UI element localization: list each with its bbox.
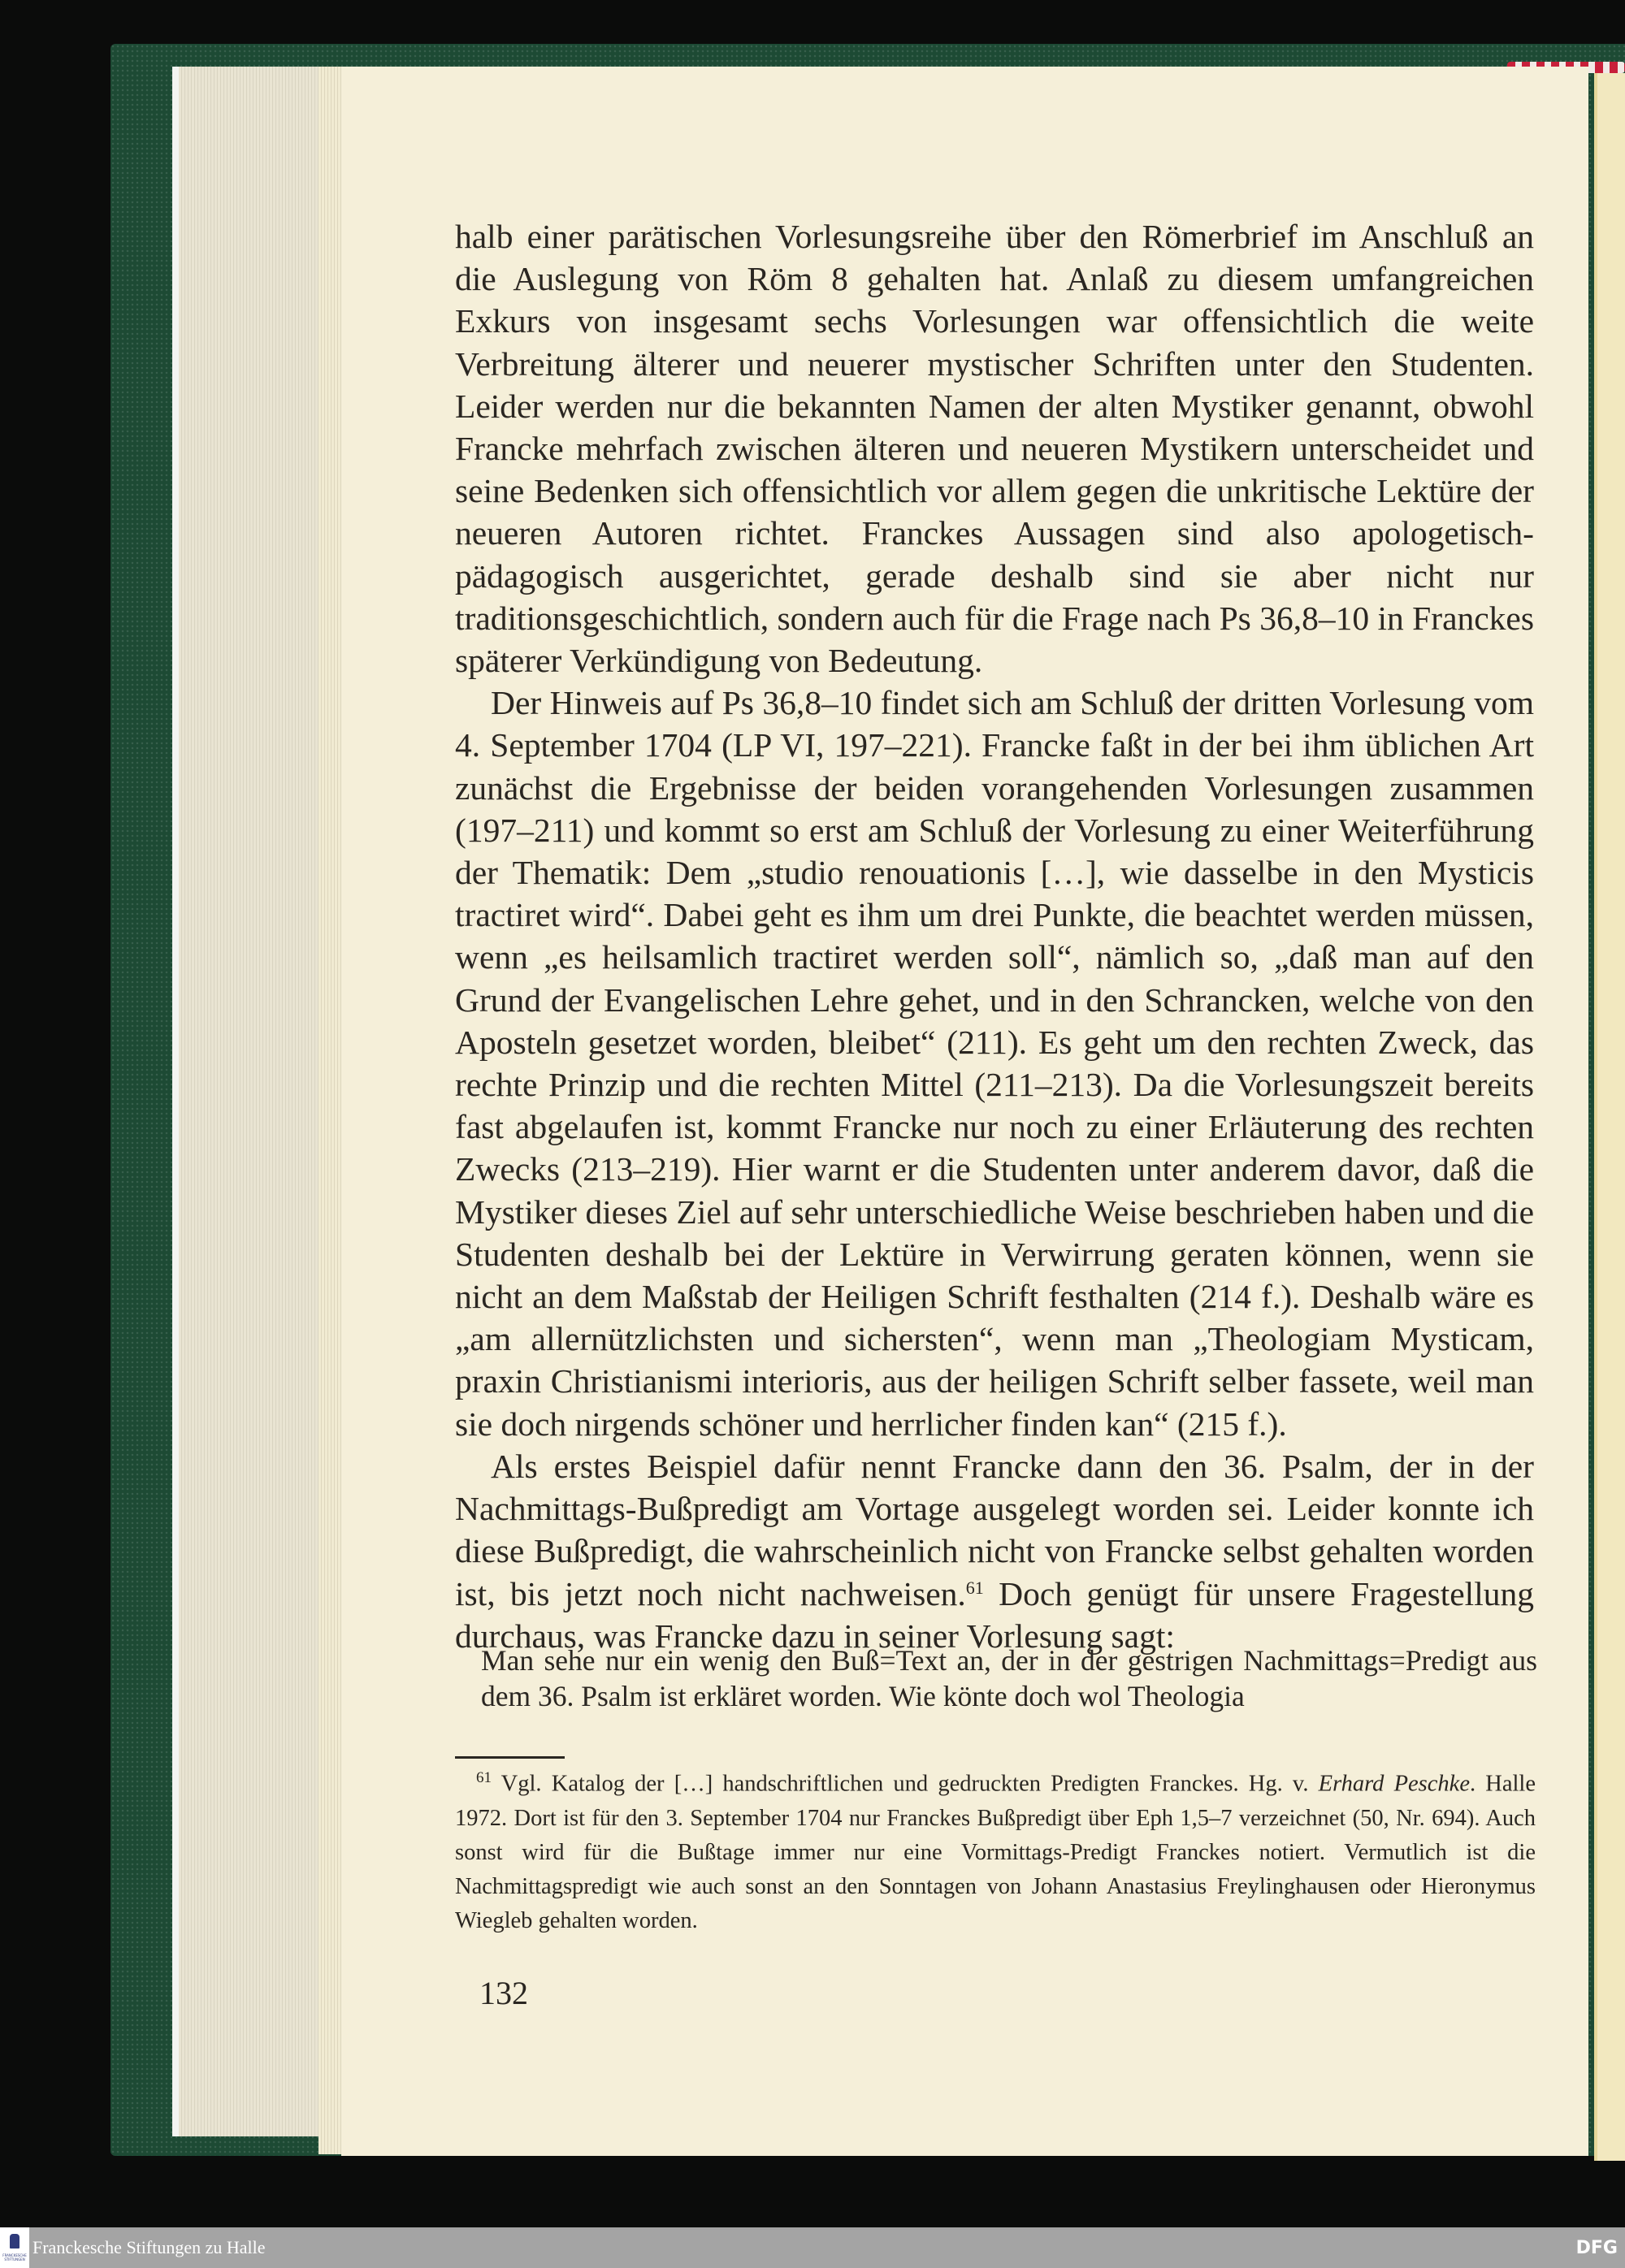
page-stack-edge — [172, 67, 325, 2136]
body-text: halb einer parätischen Vorlesungsreihe ü… — [455, 215, 1534, 1657]
facing-page-edge — [1594, 73, 1625, 2161]
footnote-reference[interactable]: 61 — [966, 1578, 984, 1598]
footnote-text-a: Vgl. Katalog der […] handschriftlichen u… — [492, 1772, 1319, 1797]
block-quote: Man sehe nur ein wenig den Buß=Text an, … — [481, 1643, 1537, 1714]
dfg-logo[interactable]: DFG — [1576, 2238, 1618, 2258]
institution-name: Franckesche Stiftungen zu Halle — [32, 2237, 266, 2258]
footer-bar: FRANCKESCHE STIFTUNGEN Franckesche Stift… — [0, 2227, 1625, 2268]
paragraph-1: halb einer parätischen Vorlesungsreihe ü… — [455, 215, 1534, 682]
institution-logo-caption: FRANCKESCHE STIFTUNGEN — [1, 2253, 28, 2262]
page-stack-inner-edge — [318, 67, 341, 2154]
footnote-editor: Erhard Peschke — [1319, 1772, 1470, 1797]
footnote-number: 61 — [476, 1769, 492, 1786]
paragraph-3: Als erstes Beispiel dafür nennt Francke … — [455, 1445, 1534, 1657]
footnote: 61 Vgl. Katalog der […] handschriftliche… — [455, 1761, 1536, 1938]
paragraph-2: Der Hinweis auf Ps 36,8–10 findet sich a… — [455, 682, 1534, 1445]
institution-logo-icon — [10, 2234, 19, 2249]
footnote-rule — [455, 1756, 565, 1759]
page-number: 132 — [479, 1974, 528, 2012]
institution-logo[interactable]: FRANCKESCHE STIFTUNGEN — [0, 2227, 29, 2268]
